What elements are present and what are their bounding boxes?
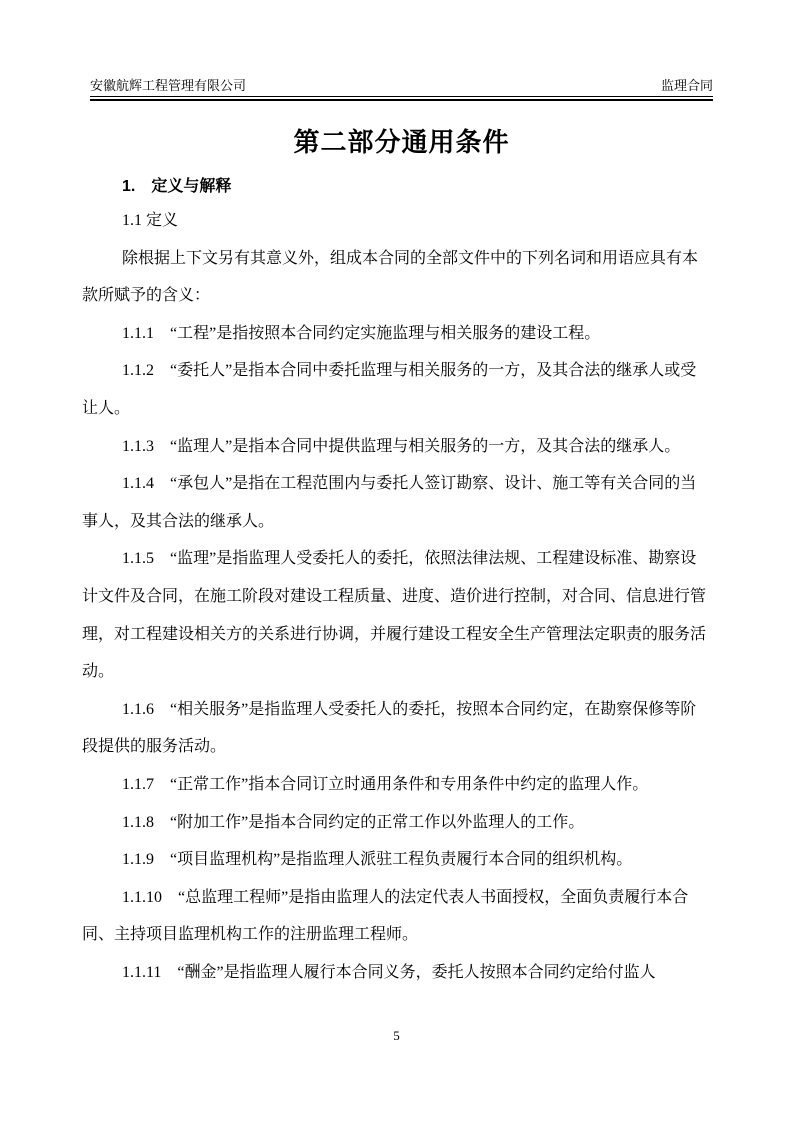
paragraph: 1.1.11 “酬金”是指监理人履行本合同义务，委托人按照本合同约定给付监人 — [82, 954, 710, 992]
header-divider — [90, 96, 713, 101]
paragraph: 1.1.1 “工程”是指按照本合同约定实施监理与相关服务的建设工程。 — [82, 315, 710, 353]
page-footer: 5 — [0, 1028, 793, 1044]
document-body: 1.1 定义除根据上下文另有其意义外，组成本合同的全部文件中的下列名词和用语应具… — [82, 202, 710, 991]
paragraph: 1.1.3 “监理人”是指本合同中提供监理与相关服务的一方，及其合法的继承人。 — [82, 428, 710, 466]
paragraph: 1.1.2 “委托人”是指本合同中委托监理与相关服务的一方，及其合法的继承人或受… — [82, 352, 710, 427]
section-heading: 1. 定义与解释 — [122, 177, 710, 197]
paragraph: 1.1.7 “正常工作”指本合同订立时通用条件和专用条件中约定的监理人作。 — [82, 766, 710, 804]
paragraph: 1.1.9 “项目监理机构”是指监理人派驻工程负责履行本合同的组织机构。 — [82, 841, 710, 879]
page-header: 安徽航辉工程管理有限公司 监理合同 — [90, 0, 713, 101]
paragraph: 1.1.6 “相关服务”是指监理人受委托人的委托，按照本合同约定，在勘察保修等阶… — [82, 691, 710, 766]
paragraph: 1.1.10 “总监理工程师”是指由监理人的法定代表人书面授权，全面负责履行本合… — [82, 879, 710, 954]
header-company-name: 安徽航辉工程管理有限公司 — [90, 78, 246, 94]
paragraph: 1.1.8 “附加工作”是指本合同约定的正常工作以外监理人的工作。 — [82, 804, 710, 842]
paragraph: 1.1.4 “承包人”是指在工程范围内与委托人签订勘察、设计、施工等有关合同的当… — [82, 465, 710, 540]
header-doc-type: 监理合同 — [661, 78, 713, 94]
paragraph: 1.1 定义 — [82, 202, 710, 240]
paragraph: 除根据上下文另有其意义外，组成本合同的全部文件中的下列名词和用语应具有本款所赋予… — [82, 240, 710, 315]
document-page: 安徽航辉工程管理有限公司 监理合同 第二部分通用条件 1. 定义与解释 1.1 … — [0, 0, 793, 1122]
header-row: 安徽航辉工程管理有限公司 监理合同 — [90, 78, 713, 94]
paragraph: 1.1.5 “监理”是指监理人受委托人的委托，依照法律法规、工程建设标准、勘察设… — [82, 540, 710, 690]
page-number: 5 — [393, 1028, 400, 1043]
page-title: 第二部分通用条件 — [90, 125, 713, 159]
